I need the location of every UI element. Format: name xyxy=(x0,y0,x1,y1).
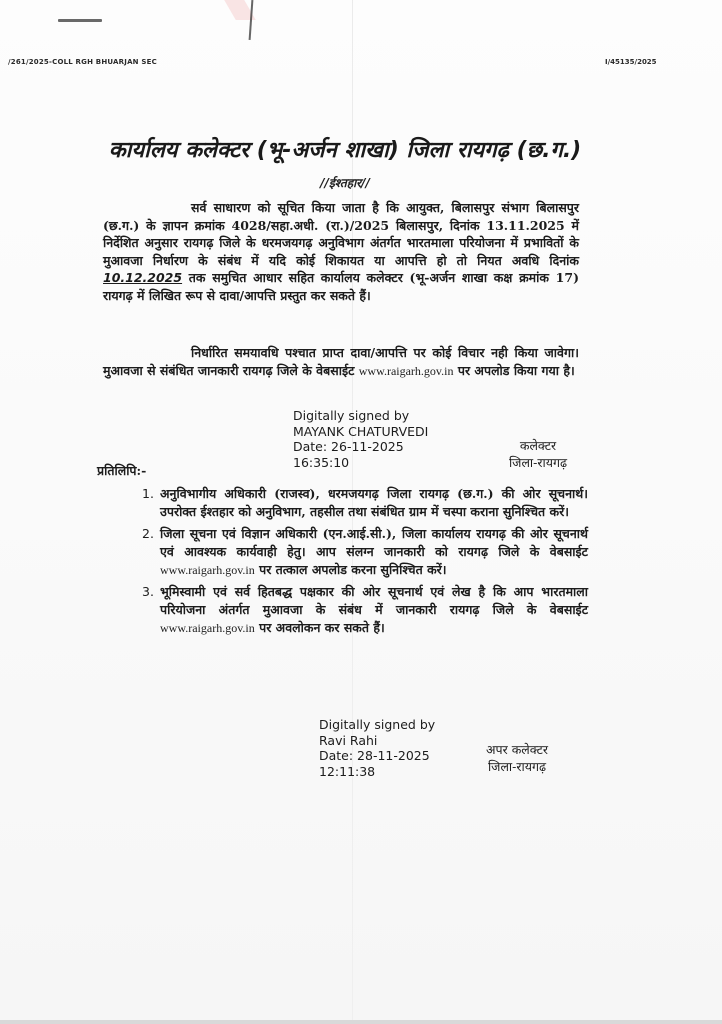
item-number: 2. xyxy=(142,525,154,543)
signer-name: MAYANK CHATURVEDI xyxy=(293,424,428,440)
item-text: अनुविभागीय अधिकारी (राजस्व), धरमजयगढ़ जि… xyxy=(160,486,588,519)
item-number: 3. xyxy=(142,583,154,601)
signature-date: Date: 26-11-2025 xyxy=(293,439,428,455)
copy-to-item: 1. अनुविभागीय अधिकारी (राजस्व), धरमजयगढ़… xyxy=(142,485,588,521)
signature-caption: Digitally signed by xyxy=(319,717,435,733)
item-text-a: भूमिस्वामी एवं सर्व हितबद्ध पक्षकार की ओ… xyxy=(160,584,588,617)
item-number: 1. xyxy=(142,485,154,503)
ink-mark xyxy=(58,19,102,22)
collector-designation: कलेक्टर जिला-रायगढ़ xyxy=(488,437,588,471)
designation-title: अपर कलेक्टर xyxy=(462,741,572,758)
designation-district: जिला-रायगढ़ xyxy=(462,758,572,775)
file-reference-number: /261/2025-COLL RGH BHUARJAN SEC xyxy=(8,58,157,66)
copy-to-label: प्रतिलिपि:- xyxy=(97,462,146,479)
item-text-a: जिला सूचना एवं विज्ञान अधिकारी (एन.आई.सी… xyxy=(160,526,588,559)
copy-to-item: 3. भूमिस्वामी एवं सर्व हितबद्ध पक्षकार क… xyxy=(142,583,588,637)
item-text-b: पर अवलोकन कर सकते हैं। xyxy=(255,620,385,635)
signature-time: 12:11:38 xyxy=(319,764,435,780)
paragraph-1-text-a: सर्व साधारण को सूचित किया जाता है कि आयु… xyxy=(103,200,579,268)
copy-to-list: 1. अनुविभागीय अधिकारी (राजस्व), धरमजयगढ़… xyxy=(142,485,588,637)
website-link[interactable]: www.raigarh.gov.in xyxy=(160,621,255,635)
notice-label: //ईश्तहार// xyxy=(0,174,690,191)
designation-district: जिला-रायगढ़ xyxy=(488,454,588,471)
deadline-date: 10.12.2025 xyxy=(103,270,182,285)
signature-caption: Digitally signed by xyxy=(293,408,428,424)
designation-title: कलेक्टर xyxy=(488,437,588,454)
item-text-b: पर तत्काल अपलोड करना सुनिश्चित करें। xyxy=(255,562,447,577)
page-bottom-edge xyxy=(0,1020,722,1024)
document-id: I/45135/2025 xyxy=(605,58,657,66)
notice-paragraph-2: निर्धारित समयावधि पश्चात प्राप्त दावा/आप… xyxy=(103,344,579,380)
paragraph-2-text-b: पर अपलोड किया गया है। xyxy=(454,363,575,378)
signer-name: Ravi Rahi xyxy=(319,733,435,749)
website-link[interactable]: www.raigarh.gov.in xyxy=(359,364,454,378)
digital-signature-collector: Digitally signed by MAYANK CHATURVEDI Da… xyxy=(293,408,428,470)
copy-to-item: 2. जिला सूचना एवं विज्ञान अधिकारी (एन.आई… xyxy=(142,525,588,579)
notice-paragraph-1: सर्व साधारण को सूचित किया जाता है कि आयु… xyxy=(103,199,579,304)
signature-date: Date: 28-11-2025 xyxy=(319,748,435,764)
signature-time: 16:35:10 xyxy=(293,455,428,471)
office-title: कार्यालय कलेक्टर (भू-अर्जन शाखा) जिला रा… xyxy=(0,134,690,164)
website-link[interactable]: www.raigarh.gov.in xyxy=(160,563,255,577)
additional-collector-designation: अपर कलेक्टर जिला-रायगढ़ xyxy=(462,741,572,775)
digital-signature-additional-collector: Digitally signed by Ravi Rahi Date: 28-1… xyxy=(319,717,435,779)
